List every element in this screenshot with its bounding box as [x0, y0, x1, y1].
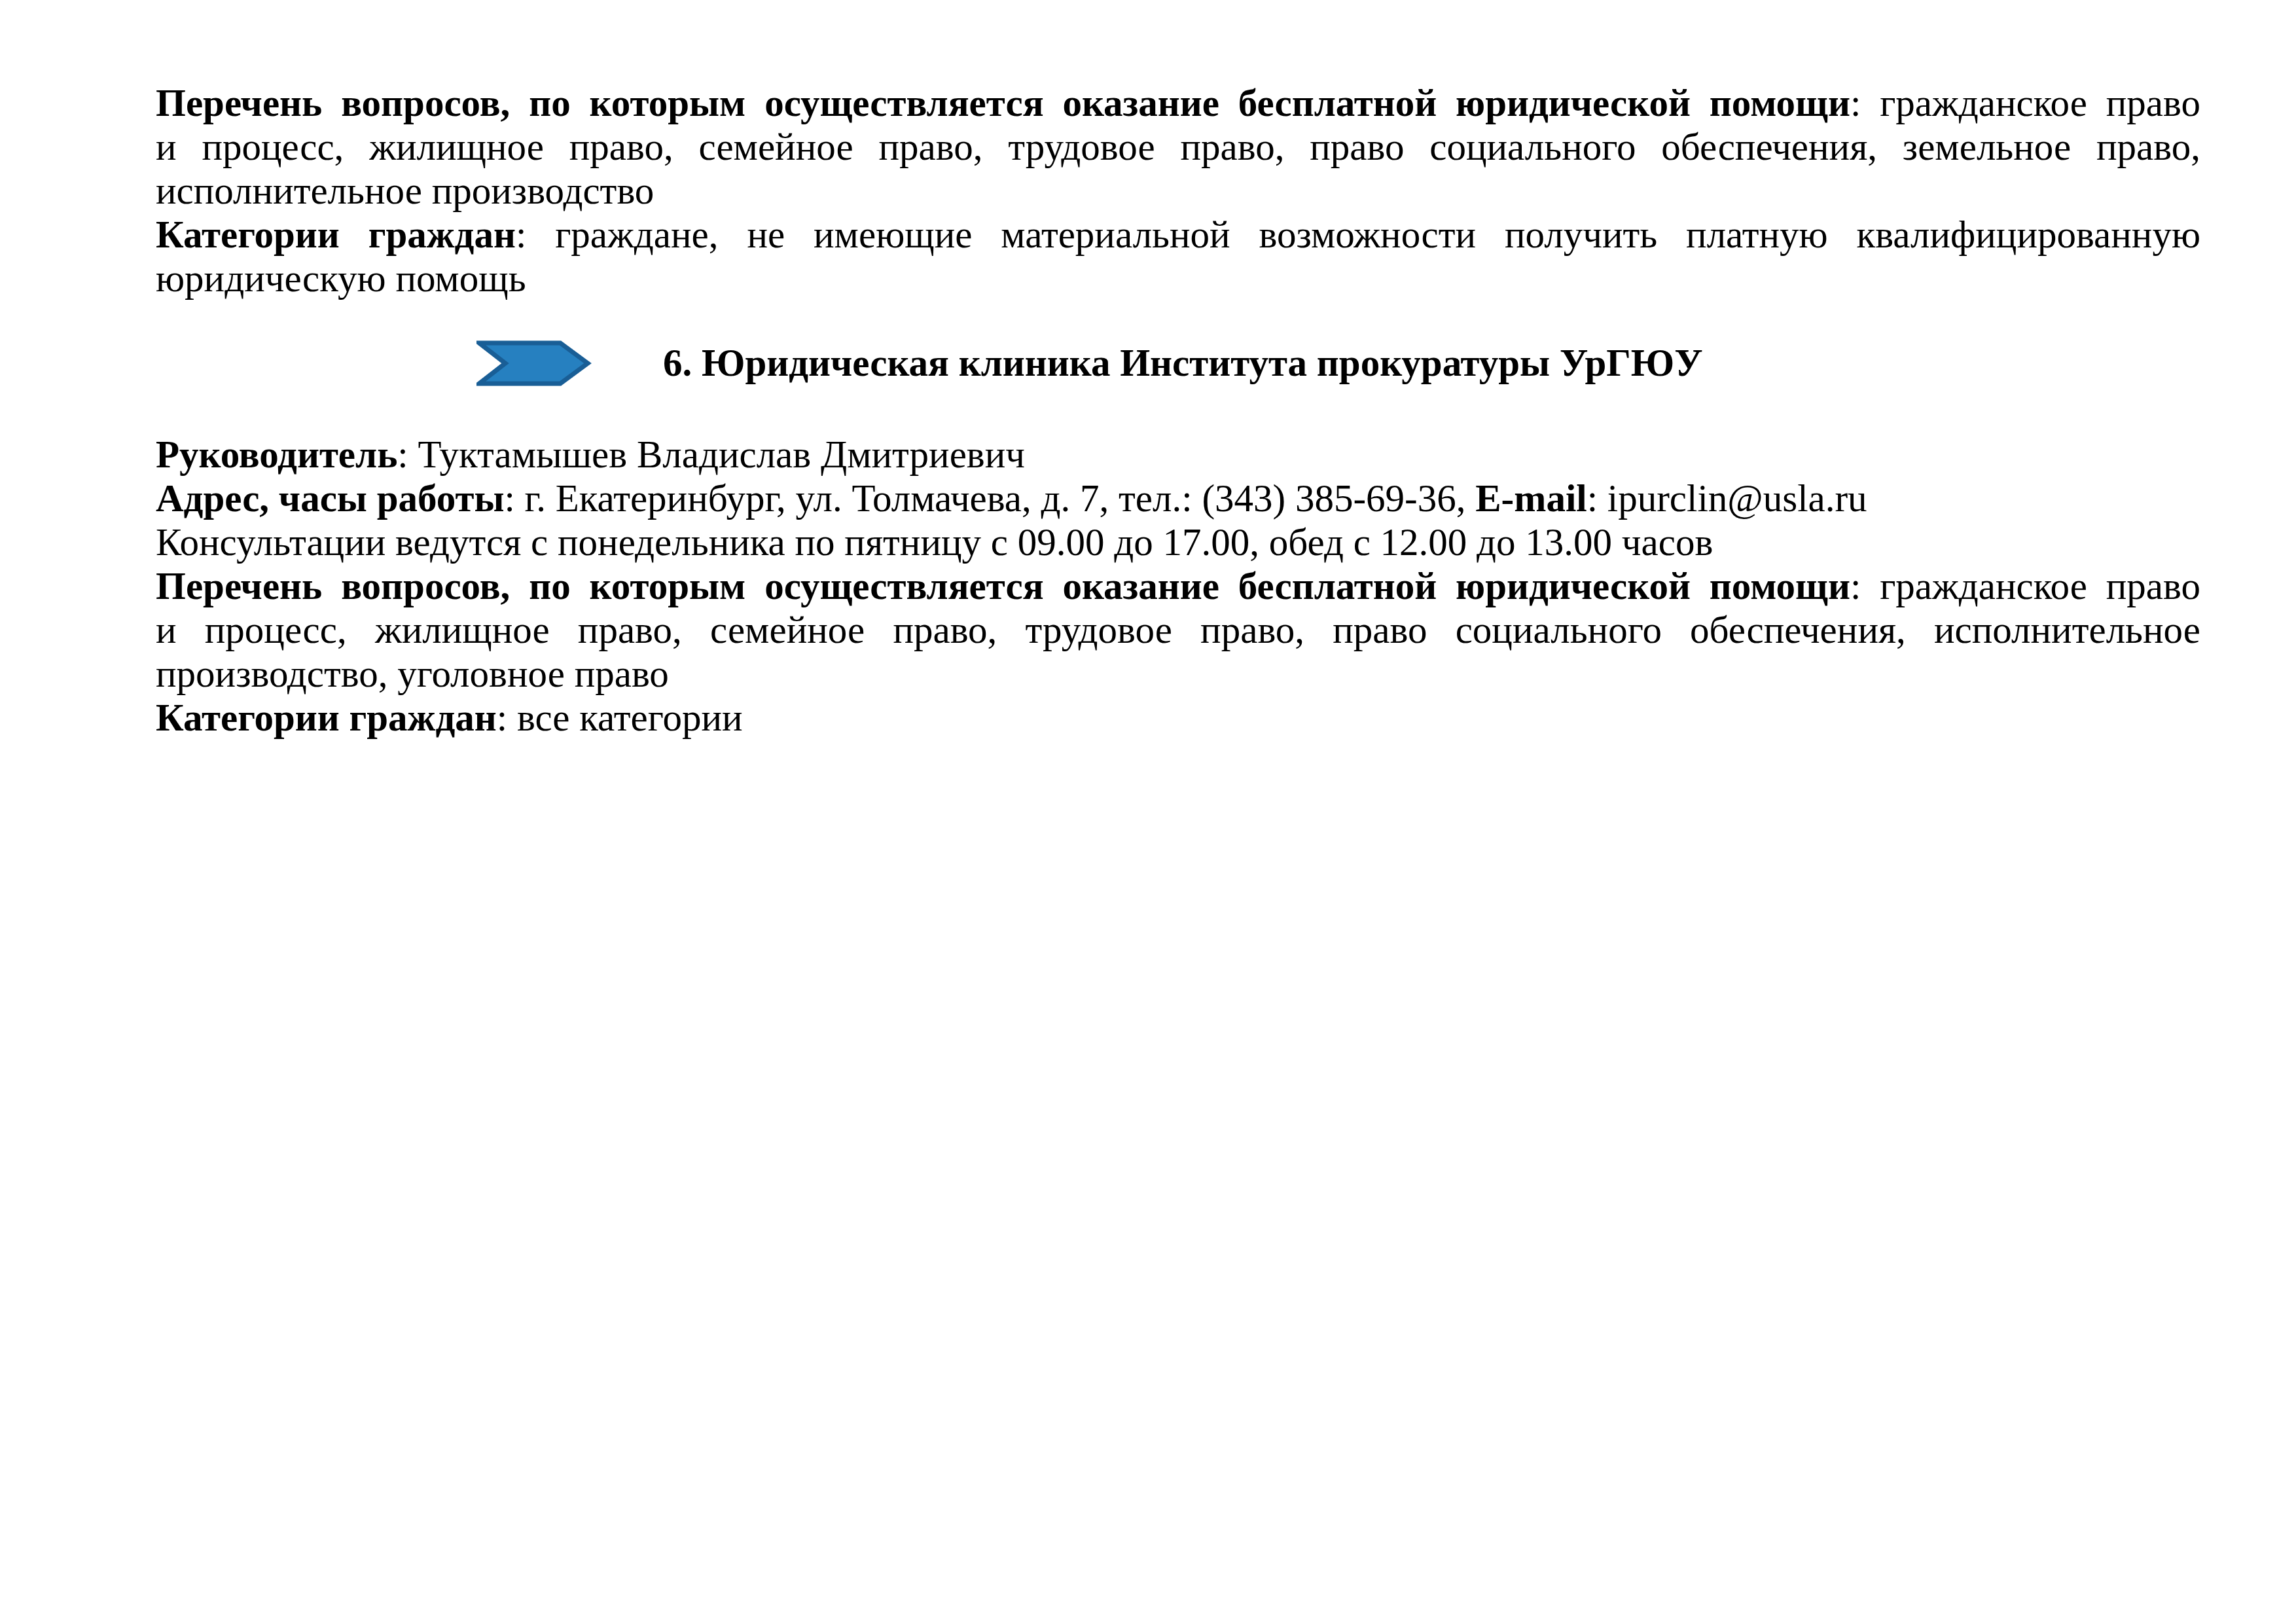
section-heading: 6. Юридическая клиника Института прокура…	[663, 341, 1702, 385]
colon: :	[504, 477, 524, 520]
categories-label: Категории граждан	[156, 213, 516, 256]
email-label: E-mail	[1475, 477, 1587, 520]
issues6-text: производство, уголовное право	[156, 652, 669, 695]
address-label: Адрес, часы работы	[156, 477, 504, 520]
issues6-line-1: Перечень вопросов, по которым осуществля…	[156, 564, 2200, 608]
categories6-text: все категории	[517, 696, 743, 739]
colon: :	[397, 433, 418, 476]
issues-paragraph-line-1: Перечень вопросов, по которым осуществля…	[156, 81, 2200, 125]
issues-text: гражданское право	[1880, 81, 2200, 124]
categories6-label: Категории граждан	[156, 696, 497, 739]
head-label: Руководитель	[156, 433, 397, 476]
categories-paragraph-line-2: юридическую помощь	[156, 257, 2200, 300]
issues6-line-3: производство, уголовное право	[156, 652, 2200, 696]
hours-text: Консультации ведутся с понедельника по п…	[156, 520, 1713, 564]
issues-text: и процесс, жилищное право, семейное прав…	[156, 125, 2200, 168]
categories6-line: Категории граждан: все категории	[156, 696, 2200, 740]
issues6-label: Перечень вопросов, по которым осуществля…	[156, 564, 1850, 607]
issues-paragraph-line-2: и процесс, жилищное право, семейное прав…	[156, 125, 2200, 169]
issues-text: исполнительное производство	[156, 169, 654, 212]
categories-text: граждане, не имеющие материальной возмож…	[555, 213, 2200, 256]
address-text: г. Екатеринбург, ул. Толмачева, д. 7, те…	[525, 477, 1466, 520]
space	[1465, 477, 1475, 520]
hours-line: Консультации ведутся с понедельника по п…	[156, 520, 2200, 564]
chevron-right-icon	[476, 340, 592, 386]
address-line: Адрес, часы работы: г. Екатеринбург, ул.…	[156, 477, 2200, 520]
issues-label: Перечень вопросов, по которым осуществля…	[156, 81, 1850, 124]
issues-paragraph-line-3: исполнительное производство	[156, 169, 2200, 213]
issues6-text: гражданское право	[1880, 564, 2200, 607]
document-page: Перечень вопросов, по которым осуществля…	[0, 0, 2296, 1624]
categories-text: юридическую помощь	[156, 257, 526, 300]
colon: :	[497, 696, 517, 739]
colon: :	[1587, 477, 1607, 520]
colon: :	[1850, 81, 1880, 124]
colon: :	[1850, 564, 1880, 607]
categories-paragraph-line-1: Категории граждан: граждане, не имеющие …	[156, 213, 2200, 257]
issues6-text: и процесс, жилищное право, семейное прав…	[156, 608, 2200, 651]
issues6-line-2: и процесс, жилищное право, семейное прав…	[156, 608, 2200, 652]
head-name: Туктамышев Владислав Дмитриевич	[418, 433, 1025, 476]
head-line: Руководитель: Туктамышев Владислав Дмитр…	[156, 433, 2200, 477]
colon: :	[516, 213, 555, 256]
email-link[interactable]: ipurclin@usla.ru	[1607, 477, 1867, 520]
